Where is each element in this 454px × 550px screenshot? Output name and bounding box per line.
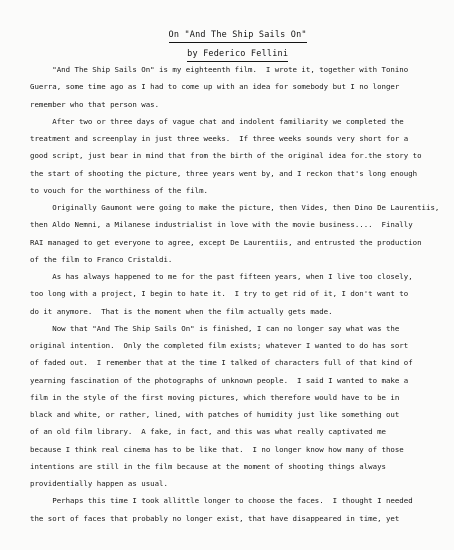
text-line: film in the style of the first moving pi… [30, 389, 450, 406]
text-line: of an old film library. A fake, in fact,… [30, 423, 450, 440]
document-page: On "And The Ship Sails On" by Federico F… [0, 0, 454, 550]
text-line: of faded out. I remember that at the tim… [30, 354, 450, 371]
text-line: Guerra, some time ago as I had to come u… [30, 78, 450, 95]
text-line: of the film to Franco Cristaldi. [30, 251, 450, 268]
text-line: treatment and screenplay in just three w… [30, 130, 450, 147]
text-line: good script, just bear in mind that from… [30, 147, 450, 164]
document-body: "And The Ship Sails On" is my eighteenth… [30, 61, 450, 527]
text-line: intentions are still in the film because… [30, 458, 450, 475]
text-line: remember who that person was. [30, 96, 450, 113]
text-line: original intention. Only the completed f… [30, 337, 450, 354]
text-line: because I think real cinema has to be li… [30, 441, 450, 458]
text-line: then Aldo Nemni, a Milanese industrialis… [30, 216, 450, 233]
text-line: too long with a project, I begin to hate… [30, 285, 450, 302]
text-line: Now that "And The Ship Sails On" is fini… [30, 320, 450, 337]
text-line: black and white, or rather, lined, with … [30, 406, 450, 423]
text-line: As has always happened to me for the pas… [30, 268, 450, 285]
text-line: After two or three days of vague chat an… [30, 113, 450, 130]
text-line: the start of shooting the picture, three… [30, 165, 450, 182]
text-line: yearning fascination of the photographs … [30, 372, 450, 389]
text-line: Perhaps this time I took allittle longer… [30, 492, 450, 509]
text-line: do it anymore. That is the moment when t… [30, 303, 450, 320]
text-line: the sort of faces that probably no longe… [30, 510, 450, 527]
text-line: to vouch for the worthiness of the film. [30, 182, 450, 199]
text-line: RAI managed to get everyone to agree, ex… [30, 234, 450, 251]
text-line: Originally Gaumont were going to make th… [30, 199, 450, 216]
text-line: "And The Ship Sails On" is my eighteenth… [30, 61, 450, 78]
text-line: providentially happen as usual. [30, 475, 450, 492]
